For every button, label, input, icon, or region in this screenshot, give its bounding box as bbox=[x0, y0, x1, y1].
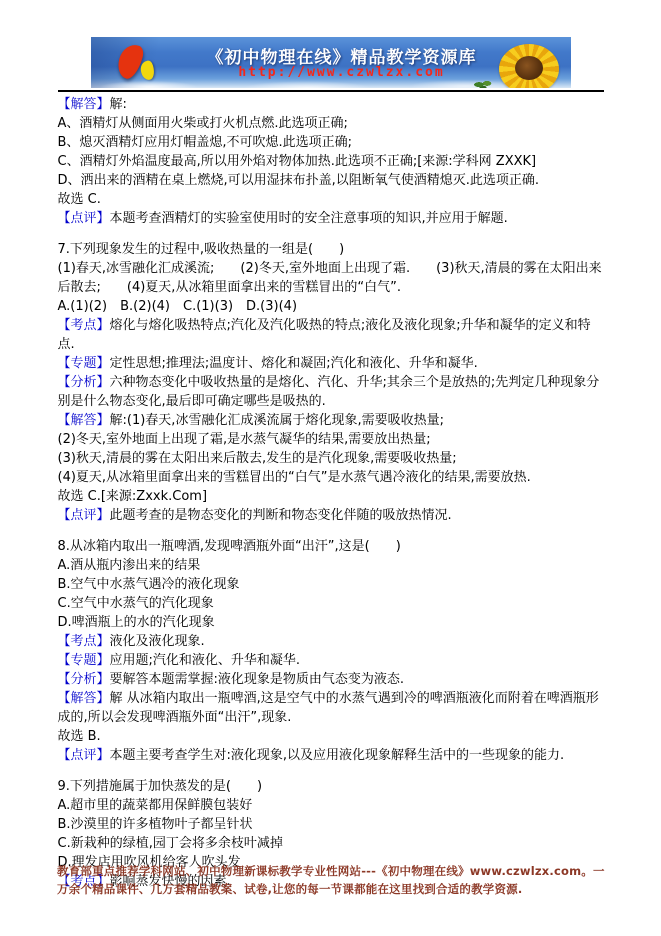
section-label: 【考点】 bbox=[58, 318, 110, 333]
paragraph-line: (4)夏天,从冰箱里面拿出来的雪糕冒出的“白气”是水蒸气遇冷液化的结果,需要放热… bbox=[58, 468, 604, 487]
paragraph-text: 要解答本题需掌握:液化现象是物质由气态变为液态. bbox=[110, 672, 405, 687]
paragraph-line: 【解答】解:(1)春天,冰雪融化汇成溪流属于熔化现象,需要吸收热量; bbox=[58, 411, 604, 430]
paragraph-text: (1)春天,冰雪融化汇成溪流; (2)冬天,室外地面上出现了霜. (3)秋天,清… bbox=[58, 261, 602, 295]
section-label: 【解答】 bbox=[58, 97, 110, 112]
logo-flame-yellow-icon bbox=[138, 60, 155, 82]
paragraph-line: 【考点】液化及液化现象. bbox=[58, 632, 604, 651]
paragraph-text: 解 从冰箱内取出一瓶啤酒,这是空气中的水蒸气遇到冷的啤酒瓶液化而附着在啤酒瓶形成… bbox=[58, 691, 599, 725]
sunflower-core-icon bbox=[515, 56, 543, 80]
section-label: 【专题】 bbox=[58, 653, 110, 668]
paragraph-text: B、熄灭酒精灯应用灯帽盖熄,不可吹熄.此选项正确; bbox=[58, 135, 353, 150]
paragraph-line: 故选 C.[来源:Zxxk.Com] bbox=[58, 487, 604, 506]
paragraph-line: A.酒从瓶内渗出来的结果 bbox=[58, 556, 604, 575]
paragraph-line: C.空气中水蒸气的汽化现象 bbox=[58, 594, 604, 613]
paragraph-line: B、熄灭酒精灯应用灯帽盖熄,不可吹熄.此选项正确; bbox=[58, 133, 604, 152]
section-label: 【点评】 bbox=[58, 508, 110, 523]
paragraph-line: A、酒精灯从侧面用火柴或打火机点燃.此选项正确; bbox=[58, 114, 604, 133]
document-body: 【解答】解:A、酒精灯从侧面用火柴或打火机点燃.此选项正确;B、熄灭酒精灯应用灯… bbox=[58, 95, 604, 891]
paragraph-text: A.超市里的蔬菜都用保鲜膜包装好 bbox=[58, 798, 253, 813]
paragraph-line: (3)秋天,清晨的雾在太阳出来后散去,发生的是汽化现象,需要吸收热量; bbox=[58, 449, 604, 468]
paragraph-line: C、酒精灯外焰温度最高,所以用外焰对物体加热.此选项不正确;[来源:学科网 ZX… bbox=[58, 152, 604, 171]
paragraph-text: 六种物态变化中吸收热量的是熔化、汽化、升华;其余三个是放热的;先判定几种现象分别… bbox=[58, 375, 600, 409]
section-label: 【分析】 bbox=[58, 672, 110, 687]
sunflower-icon bbox=[497, 42, 563, 88]
paragraph-line: 故选 C. bbox=[58, 190, 604, 209]
paragraph-text: (2)冬天,室外地面上出现了霜,是水蒸气凝华的结果,需要放出热量; bbox=[58, 432, 431, 447]
paragraph-text: 解:(1)春天,冰雪融化汇成溪流属于熔化现象,需要吸收热量; bbox=[110, 413, 444, 428]
paragraph-line: A.(1)(2) B.(2)(4) C.(1)(3) D.(3)(4) bbox=[58, 297, 604, 316]
paragraph-line: 【点评】本题考查酒精灯的实验室使用时的安全注意事项的知识,并应用于解题. bbox=[58, 209, 604, 228]
paragraph-line: B.空气中水蒸气遇冷的液化现象 bbox=[58, 575, 604, 594]
section-label: 【点评】 bbox=[58, 748, 110, 763]
paragraph-text: 液化及液化现象. bbox=[110, 634, 205, 649]
divider bbox=[58, 90, 604, 92]
paragraph-line: 【解答】解 从冰箱内取出一瓶啤酒,这是空气中的水蒸气遇到冷的啤酒瓶液化而附着在啤… bbox=[58, 689, 604, 727]
logo-flame-red-icon bbox=[114, 42, 145, 82]
paragraph-text: 本题主要考查学生对:液化现象,以及应用液化现象解释生活中的一些现象的能力. bbox=[110, 748, 565, 763]
paragraph-text: (4)夏天,从冰箱里面拿出来的雪糕冒出的“白气”是水蒸气遇冷液化的结果,需要放热… bbox=[58, 470, 531, 485]
paragraph-text: (3)秋天,清晨的雾在太阳出来后散去,发生的是汽化现象,需要吸收热量; bbox=[58, 451, 457, 466]
paragraph-text: B.空气中水蒸气遇冷的液化现象 bbox=[58, 577, 240, 592]
paragraph-line: (1)春天,冰雪融化汇成溪流; (2)冬天,室外地面上出现了霜. (3)秋天,清… bbox=[58, 259, 604, 297]
paragraph-text: 故选 B. bbox=[58, 729, 101, 744]
section-label: 【分析】 bbox=[58, 375, 110, 390]
paragraph-text: 应用题;汽化和液化、升华和凝华. bbox=[110, 653, 301, 668]
plant-sprig-icon bbox=[473, 78, 493, 88]
section-label: 【专题】 bbox=[58, 356, 110, 371]
paragraph-text: 此题考查的是物态变化的判断和物态变化伴随的吸放热情况. bbox=[110, 508, 452, 523]
section-label: 【解答】 bbox=[58, 691, 110, 706]
paragraph-text: C.空气中水蒸气的汽化现象 bbox=[58, 596, 214, 611]
paragraph-text: B.沙漠里的许多植物叶子都呈针状 bbox=[58, 817, 253, 832]
paragraph-line: D.啤酒瓶上的水的汽化现象 bbox=[58, 613, 604, 632]
document-page: 《初中物理在线》精品教学资源库 http://www.czwlzx.com 【解… bbox=[0, 0, 661, 936]
section-label: 【解答】 bbox=[58, 413, 110, 428]
paragraph-line: 【点评】此题考查的是物态变化的判断和物态变化伴随的吸放热情况. bbox=[58, 506, 604, 525]
paragraph-text: 熔化与熔化吸热特点;汽化及汽化吸热的特点;液化及液化现象;升华和凝华的定义和特点… bbox=[58, 318, 591, 352]
paragraph-line: 【点评】本题主要考查学生对:液化现象,以及应用液化现象解释生活中的一些现象的能力… bbox=[58, 746, 604, 765]
paragraph-line: 【分析】六种物态变化中吸收热量的是熔化、汽化、升华;其余三个是放热的;先判定几种… bbox=[58, 373, 604, 411]
paragraph-text: 故选 C.[来源:Zxxk.Com] bbox=[58, 489, 208, 504]
paragraph-text: A.(1)(2) B.(2)(4) C.(1)(3) D.(3)(4) bbox=[58, 299, 298, 314]
paragraph-text: 解: bbox=[110, 97, 127, 112]
paragraph-line: 【专题】应用题;汽化和液化、升华和凝华. bbox=[58, 651, 604, 670]
banner-url: http://www.czwlzx.com bbox=[187, 65, 497, 80]
paragraph-line: 故选 B. bbox=[58, 727, 604, 746]
paragraph-line: 7.下列现象发生的过程中,吸收热量的一组是( ) bbox=[58, 240, 604, 259]
paragraph-line: 9.下列措施属于加快蒸发的是( ) bbox=[58, 777, 604, 796]
paragraph-line: C.新栽种的绿植,园丁会将多余枝叶减掉 bbox=[58, 834, 604, 853]
paragraph-text: A、酒精灯从侧面用火柴或打火机点燃.此选项正确; bbox=[58, 116, 348, 131]
paragraph-line: 【分析】要解答本题需掌握:液化现象是物质由气态变为液态. bbox=[58, 670, 604, 689]
paragraph-line: 8.从冰箱内取出一瓶啤酒,发现啤酒瓶外面“出汗”,这是( ) bbox=[58, 537, 604, 556]
paragraph-text: 8.从冰箱内取出一瓶啤酒,发现啤酒瓶外面“出汗”,这是( ) bbox=[58, 539, 401, 554]
site-logo-icon bbox=[117, 42, 163, 84]
paragraph-text: D.啤酒瓶上的水的汽化现象 bbox=[58, 615, 215, 630]
paragraph-line: 【考点】熔化与熔化吸热特点;汽化及汽化吸热的特点;液化及液化现象;升华和凝华的定… bbox=[58, 316, 604, 354]
paragraph-line: D、洒出来的酒精在桌上燃烧,可以用湿抹布扑盖,以阻断氧气使酒精熄灭.此选项正确. bbox=[58, 171, 604, 190]
paragraph-text: C.新栽种的绿植,园丁会将多余枝叶减掉 bbox=[58, 836, 283, 851]
paragraph-line: (2)冬天,室外地面上出现了霜,是水蒸气凝华的结果,需要放出热量; bbox=[58, 430, 604, 449]
paragraph-line: 【专题】定性思想;推理法;温度计、熔化和凝固;汽化和液化、升华和凝华. bbox=[58, 354, 604, 373]
paragraph-text: D、洒出来的酒精在桌上燃烧,可以用湿抹布扑盖,以阻断氧气使酒精熄灭.此选项正确. bbox=[58, 173, 540, 188]
paragraph-line: B.沙漠里的许多植物叶子都呈针状 bbox=[58, 815, 604, 834]
paragraph-text: 9.下列措施属于加快蒸发的是( ) bbox=[58, 779, 263, 794]
section-label: 【考点】 bbox=[58, 634, 110, 649]
paragraph-text: 本题考查酒精灯的实验室使用时的安全注意事项的知识,并应用于解题. bbox=[110, 211, 508, 226]
paragraph-line: A.超市里的蔬菜都用保鲜膜包装好 bbox=[58, 796, 604, 815]
paragraph-text: 7.下列现象发生的过程中,吸收热量的一组是( ) bbox=[58, 242, 345, 257]
footer-promo-text: 教育部重点推荐学科网站、初中物理新课标教学专业性网站---《初中物理在线》www… bbox=[57, 862, 609, 898]
paragraph-text: 定性思想;推理法;温度计、熔化和凝固;汽化和液化、升华和凝华. bbox=[110, 356, 478, 371]
paragraph-text: 故选 C. bbox=[58, 192, 101, 207]
site-banner: 《初中物理在线》精品教学资源库 http://www.czwlzx.com bbox=[91, 37, 571, 88]
section-label: 【点评】 bbox=[58, 211, 110, 226]
paragraph-line: 【解答】解: bbox=[58, 95, 604, 114]
paragraph-text: A.酒从瓶内渗出来的结果 bbox=[58, 558, 201, 573]
paragraph-text: C、酒精灯外焰温度最高,所以用外焰对物体加热.此选项不正确;[来源:学科网 ZX… bbox=[58, 154, 537, 169]
